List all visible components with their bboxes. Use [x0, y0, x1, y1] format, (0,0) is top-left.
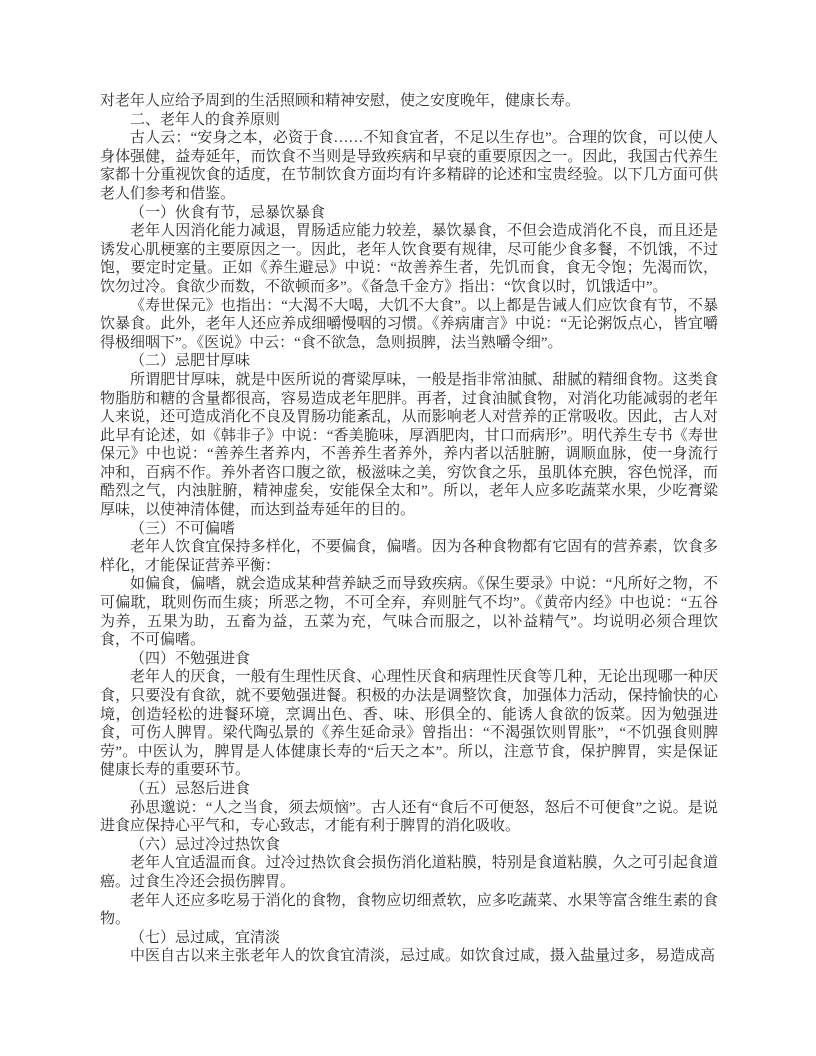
paragraph-7: （二）忌肥甘厚味	[100, 352, 718, 371]
paragraph-20: 中医自古以来主张老年人的饮食宜清淡，忌过咸。如饮食过咸，摄入盐量过多，易造成高	[100, 947, 718, 966]
paragraph-12: （四）不勉强进食	[100, 650, 718, 669]
paragraph-4: （一）伙食有节，忌暴饮暴食	[100, 204, 718, 223]
paragraph-2: 二、老年人的食养原则	[100, 111, 718, 130]
document-page: 对老年人应给予周到的生活照顾和精神安慰，使之安度晚年，健康长寿。二、老年人的食养…	[0, 0, 816, 1056]
paragraph-16: （六）忌过冷过热饮食	[100, 836, 718, 855]
paragraph-10: 老年人饮食宜保持多样化，不要偏食，偏嗜。因为各种食物都有它固有的营养素，饮食多样…	[100, 538, 718, 575]
paragraph-18: 老年人还应多吃易于消化的食物，食物应切细煮软，应多吃蔬菜、水果等富含维生素的食物…	[100, 892, 718, 929]
paragraph-17: 老年人宜适温而食。过冷过热饮食会损伤消化道粘膜，特别是食道粘膜，久之可引起食道癌…	[100, 854, 718, 891]
paragraph-11: 如偏食，偏嗜，就会造成某种营养缺乏而导致疾病。《保生要录》中说：“凡所好之物，不…	[100, 575, 718, 649]
paragraph-1: 对老年人应给予周到的生活照顾和精神安慰，使之安度晚年，健康长寿。	[100, 92, 718, 111]
paragraph-3: 古人云：“安身之本，必资于食……不知食宜者，不足以生存也”。合理的饮食，可以使人…	[100, 129, 718, 203]
document-body: 对老年人应给予周到的生活照顾和精神安慰，使之安度晚年，健康长寿。二、老年人的食养…	[100, 92, 718, 966]
paragraph-9: （三）不可偏嗜	[100, 520, 718, 539]
paragraph-19: （七）忌过咸，宜清淡	[100, 929, 718, 948]
paragraph-6: 《寿世保元》也指出：“大渴不大喝，大饥不大食”。以上都是告诫人们应饮食有节，不暴…	[100, 297, 718, 353]
paragraph-15: 孙思邈说：“人之当食，须去烦恼”。古人还有“食后不可便怒，怒后不可便食”之说。是…	[100, 799, 718, 836]
paragraph-14: （五）忌怒后进食	[100, 780, 718, 799]
paragraph-5: 老年人因消化能力减退，胃肠适应能力较差，暴饮暴食，不但会造成消化不良，而且还是诱…	[100, 222, 718, 296]
paragraph-13: 老年人的厌食，一般有生理性厌食、心理性厌食和病理性厌食等几种，无论出现哪一种厌食…	[100, 668, 718, 780]
paragraph-8: 所谓肥甘厚味，就是中医所说的膏粱厚味，一般是指非常油腻、甜腻的精细食物。这类食物…	[100, 371, 718, 520]
